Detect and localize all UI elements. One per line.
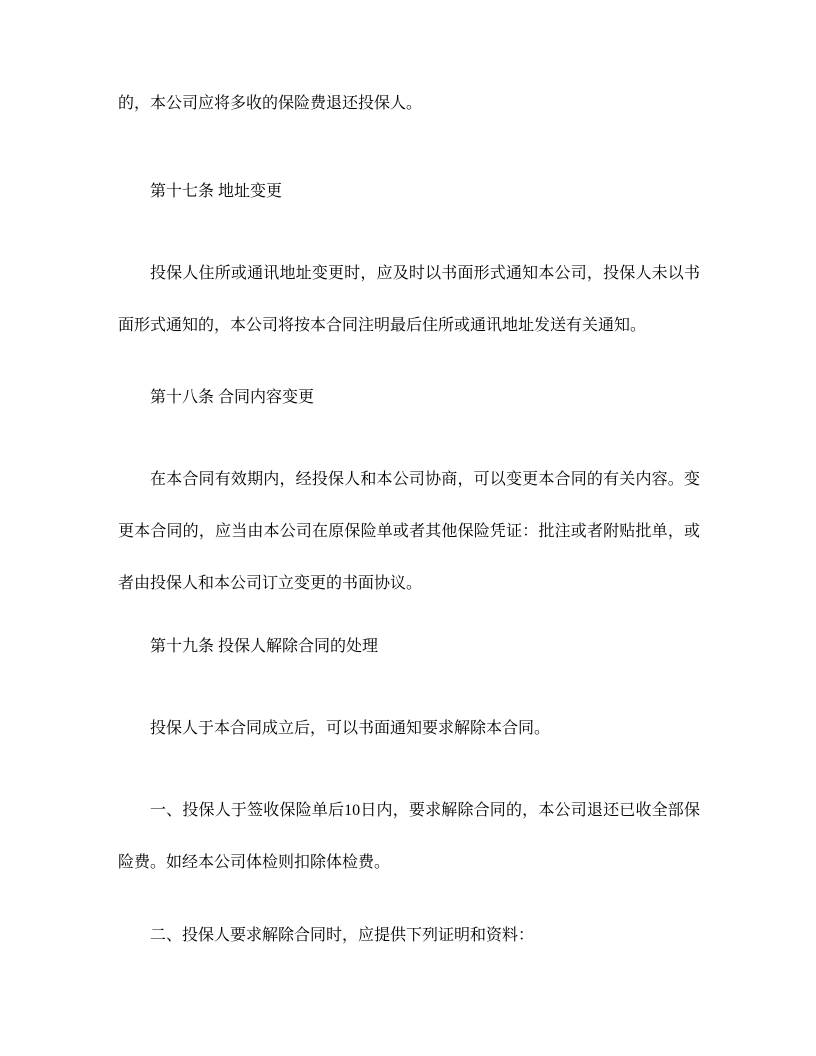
clause-heading-19: 第十九条 投保人解除合同的处理 xyxy=(118,621,700,673)
paragraph-continuation: 的，本公司应将多收的保险费退还投保人。 xyxy=(118,78,700,130)
paragraph-item-two: 二、投保人要求解除合同时，应提供下列证明和资料： xyxy=(118,910,700,962)
paragraph-cancellation-notice: 投保人于本合同成立后，可以书面通知要求解除本合同。 xyxy=(118,703,700,755)
paragraph-contract-modification: 在本合同有效期内，经投保人和本公司协商，可以变更本合同的有关内容。变更本合同的，… xyxy=(118,454,700,610)
paragraph-address-change: 投保人住所或通讯地址变更时，应及时以书面形式通知本公司，投保人未以书面形式通知的… xyxy=(118,248,700,352)
paragraph-item-one: 一、投保人于签收保险单后10日内，要求解除合同的，本公司退还已收全部保险费。如经… xyxy=(118,785,700,889)
clause-heading-18: 第十八条 合同内容变更 xyxy=(118,372,700,424)
clause-heading-17: 第十七条 地址变更 xyxy=(118,166,700,218)
document-page: 的，本公司应将多收的保险费退还投保人。 第十七条 地址变更 投保人住所或通讯地址… xyxy=(0,0,816,1056)
